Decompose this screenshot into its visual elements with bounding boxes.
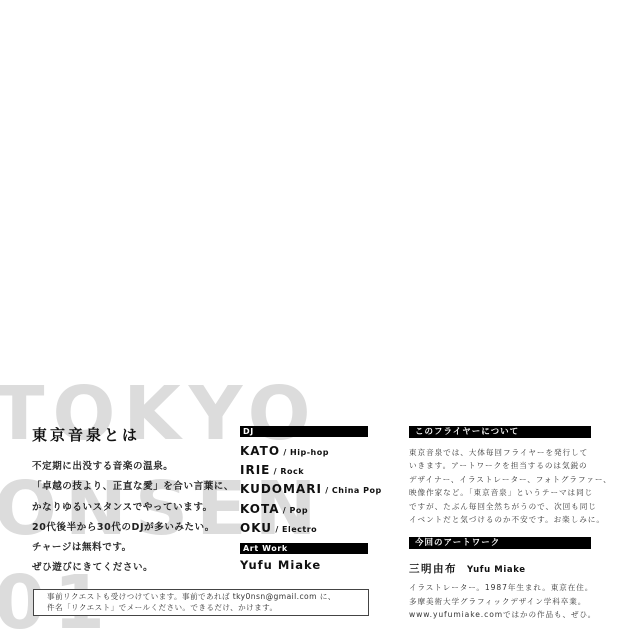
artist-name-jp: 三明由布 (409, 563, 457, 575)
dj-item: OKU / Electro (240, 520, 368, 539)
about-line: チャージは無料です。 (32, 542, 234, 562)
artist-bio: イラストレーター。1987年生まれ。東京在住。 多摩美術大学グラフィックデザイン… (409, 581, 591, 621)
about-text: 不定期に出没する音楽の温泉。 「卓越の技より、正直な愛」を合い言葉に、 かなりゆ… (32, 461, 234, 583)
art-work-header: Art Work (240, 543, 368, 554)
flyer-text: 東京音泉では、大体毎回フライヤーを発行して いきます。アートワークを担当するのは… (409, 446, 591, 526)
dj-list: KATO / Hip-hop IRIE / Rock KUDOMARI / Ch… (240, 443, 368, 539)
dj-name: KOTA (240, 502, 280, 516)
flyer-line: 映像作家など。「東京音泉」というテーマは同じ (409, 486, 591, 499)
dj-item: KUDOMARI / China Pop (240, 481, 368, 500)
dj-item: KATO / Hip-hop (240, 443, 368, 462)
info-column: このフライヤーについて 東京音泉では、大体毎回フライヤーを発行して いきます。ア… (409, 426, 591, 622)
flyer-line: いきます。アートワークを担当するのは気鋭の (409, 459, 591, 472)
dj-item: KOTA / Pop (240, 501, 368, 520)
flyer-line: デザイナー、イラストレーター、フォトグラファー、 (409, 473, 591, 486)
about-title: 東京音泉とは (32, 424, 140, 445)
art-work-name: Yufu Miake (240, 558, 368, 572)
dj-name: IRIE (240, 463, 270, 477)
about-line: 20代後半から30代のDJが多いみたい。 (32, 522, 234, 542)
current-artwork-header: 今回のアートワーク (409, 537, 591, 549)
about-line: かなりゆるいスタンスでやっています。 (32, 502, 234, 522)
artist-bio-line: 多摩美術大学グラフィックデザイン学科卒業。 (409, 595, 591, 608)
about-line: ぜひ遊びにきてください。 (32, 562, 234, 582)
flyer-line: ですが、たぶん毎回全然ちがうので、次回も同じ (409, 500, 591, 513)
dj-genre: / Electro (272, 525, 317, 534)
artist-bio-line: www.yufumiake.comではかの作品も、ぜひ。 (409, 608, 591, 621)
dj-name: OKU (240, 521, 272, 535)
flyer-line: 東京音泉では、大体毎回フライヤーを発行して (409, 446, 591, 459)
dj-name: KATO (240, 444, 280, 458)
artist-bio-line: イラストレーター。1987年生まれ。東京在住。 (409, 581, 591, 594)
dj-genre: / China Pop (322, 486, 382, 495)
dj-column: DJ KATO / Hip-hop IRIE / Rock KUDOMARI /… (240, 426, 368, 572)
dj-genre: / Pop (280, 506, 309, 515)
request-notice-box: 事前リクエストも受けつけています。事前であれば tky0nsn@gmail.co… (33, 589, 369, 616)
notice-line: 事前リクエストも受けつけています。事前であれば tky0nsn@gmail.co… (47, 592, 368, 603)
flyer-line: イベントだと気づけるのか不安です。お楽しみに。 (409, 513, 591, 526)
about-line: 「卓越の技より、正直な愛」を合い言葉に、 (32, 481, 234, 501)
notice-line: 件名「リクエスト」でメールください。できるだけ、かけます。 (47, 603, 368, 614)
artist-name-en: Yufu Miake (467, 565, 526, 575)
flyer-page: TOKYO ONSEN 01 東京音泉とは 不定期に出没する音楽の温泉。 「卓越… (0, 0, 640, 639)
dj-genre: / Hip-hop (280, 448, 329, 457)
dj-genre: / Rock (270, 467, 304, 476)
dj-item: IRIE / Rock (240, 462, 368, 481)
artist-row: 三明由布Yufu Miake (409, 557, 591, 576)
flyer-header: このフライヤーについて (409, 426, 591, 438)
dj-name: KUDOMARI (240, 482, 322, 496)
dj-header: DJ (240, 426, 368, 437)
about-line: 不定期に出没する音楽の温泉。 (32, 461, 234, 481)
